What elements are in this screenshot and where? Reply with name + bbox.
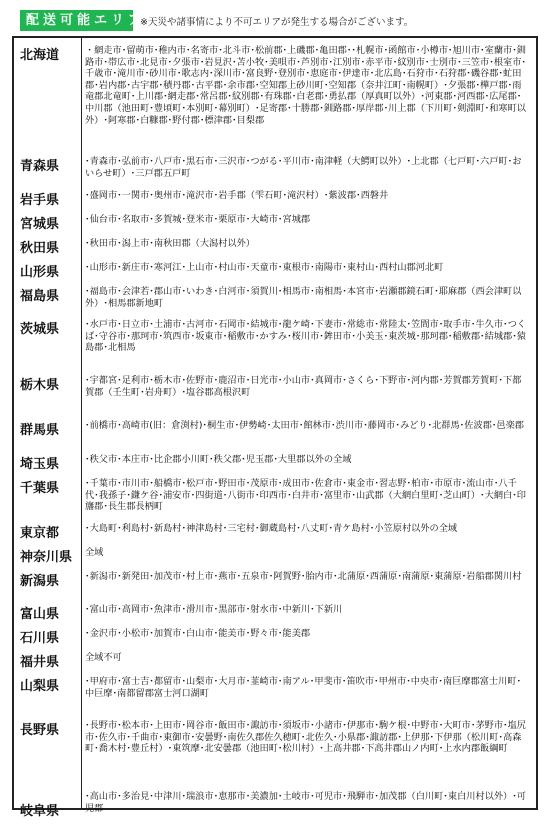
table-row: 群馬県･前橋市･高崎市(旧：倉渕村)･桐生市･伊勢崎･太田市･館林市･渋川市･藤… (14, 417, 536, 451)
table-row: 栃木県･宇都宮･足利市･栃木市･佐野市･鹿沼市･日光市･小山市･真岡市･さくら･… (14, 372, 536, 417)
delivery-areas: ･甲府市･富士吉･都留市･山梨市･大月市･韮崎市･南アル･甲斐市･笛吹市･甲州市… (82, 673, 536, 717)
delivery-areas: ･長野市･松本市･上田市･岡谷市･飯田市･諏訪市･須坂市･小諸市･伊那市･駒ケ根… (82, 717, 536, 788)
table-row: 富山県･富山市･高岡市･魚津市･滑川市･黒部市･射水市･中新川･下新川 (14, 601, 536, 625)
delivery-areas: ･新潟市･新発田･加茂市･村上市･燕市･五泉市･阿賀野･胎内市･北蒲原･西蒲原･… (82, 568, 536, 601)
delivery-areas: ･秋田市･潟上市･南秋田郡（大潟村以外） (82, 235, 536, 259)
prefecture-name: 茨城県 (14, 316, 82, 372)
table-row: 山形県･山形市･新庄市･寒河江･上山市･村山市･天童市･東根市･南陽市･東村山･… (14, 259, 536, 283)
table-row: 千葉県･千葉市･市川市･船橋市･松戸市･野田市･茂原市･成田市･佐倉市･東金市･… (14, 475, 536, 520)
delivery-areas: ･青森市･弘前市･八戸市･黒石市･三沢市･つがる･平川市･南津軽（大鰐町以外）･… (82, 153, 536, 187)
table-row: 東京都･大島町･利島村･新島村･神津島村･三宅村･御蔵島村･八丈町･青ケ島村･小… (14, 520, 536, 544)
prefecture-name: 宮城県 (14, 211, 82, 235)
prefecture-name: 新潟県 (14, 568, 82, 601)
table-row: 茨城県･水戸市･日立市･土浦市･古河市･石岡市･結城市･龍ケ崎･下妻市･常総市･… (14, 316, 536, 372)
delivery-areas: ･富山市･高岡市･魚津市･滑川市･黒部市･射水市･中新川･下新川 (82, 601, 536, 625)
prefecture-name: 石川県 (14, 625, 82, 649)
prefecture-name: 秋田県 (14, 235, 82, 259)
delivery-areas: 全域 (82, 544, 536, 568)
prefecture-name: 岐阜県 (14, 788, 82, 808)
delivery-areas: ･秩父市･本庄市･比企郡小川町･秩父郡･児玉郡･大里郡以外の全域 (82, 451, 536, 475)
delivery-areas: ･盛岡市･一関市･奥州市･滝沢市･岩手郡（雫石町･滝沢村）･紫波郡･西磐井 (82, 187, 536, 211)
table-row: 山梨県･甲府市･富士吉･都留市･山梨市･大月市･韮崎市･南アル･甲斐市･笛吹市･… (14, 673, 536, 717)
table-row: 北海道・網走市･留萌市･稚内市･名寄市･北斗市･松前郡･上磯郡･亀田郡･･札幌市… (14, 42, 536, 153)
disclaimer-note: ※天災や諸事情により不可エリアが発生する場合がございます。 (140, 14, 413, 28)
table-row: 埼玉県･秩父市･本庄市･比企郡小川町･秩父郡･児玉郡･大里郡以外の全域 (14, 451, 536, 475)
prefecture-name: 福井県 (14, 649, 82, 673)
prefecture-name: 神奈川県 (14, 544, 82, 568)
delivery-areas: ･大島町･利島村･新島村･神津島村･三宅村･御蔵島村･八丈町･青ケ島村･小笠原村… (82, 520, 536, 544)
table-row: 長野県･長野市･松本市･上田市･岡谷市･飯田市･諏訪市･須坂市･小諸市･伊那市･… (14, 717, 536, 788)
delivery-areas: ･金沢市･小松市･加賀市･白山市･能美市･野々市･能美郡 (82, 625, 536, 649)
delivery-areas: ･宇都宮･足利市･栃木市･佐野市･鹿沼市･日光市･小山市･真岡市･さくら･下野市… (82, 372, 536, 417)
delivery-areas: ･前橋市･高崎市(旧：倉渕村)･桐生市･伊勢崎･太田市･館林市･渋川市･藤岡市･… (82, 417, 536, 451)
table-row: 福井県全域不可 (14, 649, 536, 673)
prefecture-name: 埼玉県 (14, 451, 82, 475)
prefecture-name: 北海道 (14, 42, 82, 153)
table-row: 新潟県･新潟市･新発田･加茂市･村上市･燕市･五泉市･阿賀野･胎内市･北蒲原･西… (14, 568, 536, 601)
prefecture-name: 青森県 (14, 153, 82, 187)
delivery-areas: ･水戸市･日立市･土浦市･古河市･石岡市･結城市･龍ケ崎･下妻市･常総市･常陸太… (82, 316, 536, 372)
delivery-areas: ･山形市･新庄市･寒河江･上山市･村山市･天童市･東根市･南陽市･東村山･西村山… (82, 259, 536, 283)
table-row: 岐阜県･高山市･多治見･中津川･瑞浪市･恵那市･美濃加･土岐市･可児市･飛騨市･… (14, 788, 536, 808)
delivery-area-badge: 配送可能エリア (20, 10, 133, 31)
delivery-areas: ･高山市･多治見･中津川･瑞浪市･恵那市･美濃加･土岐市･可児市･飛騨市･加茂郡… (82, 788, 536, 808)
delivery-areas: ･仙台市･名取市･多賀城･登米市･栗原市･大崎市･宮城郡 (82, 211, 536, 235)
delivery-areas: ・網走市･留萌市･稚内市･名寄市･北斗市･松前郡･上磯郡･亀田郡･･札幌市･函館… (82, 42, 536, 153)
delivery-area-table: 北海道・網走市･留萌市･稚内市･名寄市･北斗市･松前郡･上磯郡･亀田郡･･札幌市… (12, 36, 538, 810)
prefecture-name: 群馬県 (14, 417, 82, 451)
prefecture-name: 福島県 (14, 283, 82, 316)
table-row: 福島県･福島市･会津若･郡山市･いわき･白河市･須賀川･相馬市･南相馬･本宮市･… (14, 283, 536, 316)
delivery-areas: ･福島市･会津若･郡山市･いわき･白河市･須賀川･相馬市･南相馬･本宮市･岩瀬郡… (82, 283, 536, 316)
prefecture-name: 栃木県 (14, 372, 82, 417)
table-row: 石川県･金沢市･小松市･加賀市･白山市･能美市･野々市･能美郡 (14, 625, 536, 649)
table-row: 秋田県･秋田市･潟上市･南秋田郡（大潟村以外） (14, 235, 536, 259)
header: 配送可能エリア ※天災や諸事情により不可エリアが発生する場合がございます。 (20, 10, 413, 31)
delivery-areas: ･千葉市･市川市･船橋市･松戸市･野田市･茂原市･成田市･佐倉市･東金市･習志野… (82, 475, 536, 520)
prefecture-name: 山形県 (14, 259, 82, 283)
prefecture-name: 東京都 (14, 520, 82, 544)
delivery-areas: 全域不可 (82, 649, 536, 673)
table-row: 宮城県･仙台市･名取市･多賀城･登米市･栗原市･大崎市･宮城郡 (14, 211, 536, 235)
prefecture-name: 長野県 (14, 717, 82, 788)
prefecture-name: 山梨県 (14, 673, 82, 717)
prefecture-name: 岩手県 (14, 187, 82, 211)
table-row: 青森県･青森市･弘前市･八戸市･黒石市･三沢市･つがる･平川市･南津軽（大鰐町以… (14, 153, 536, 187)
prefecture-name: 千葉県 (14, 475, 82, 520)
prefecture-name: 富山県 (14, 601, 82, 625)
table-row: 神奈川県全域 (14, 544, 536, 568)
table-row: 岩手県･盛岡市･一関市･奥州市･滝沢市･岩手郡（雫石町･滝沢村）･紫波郡･西磐井 (14, 187, 536, 211)
